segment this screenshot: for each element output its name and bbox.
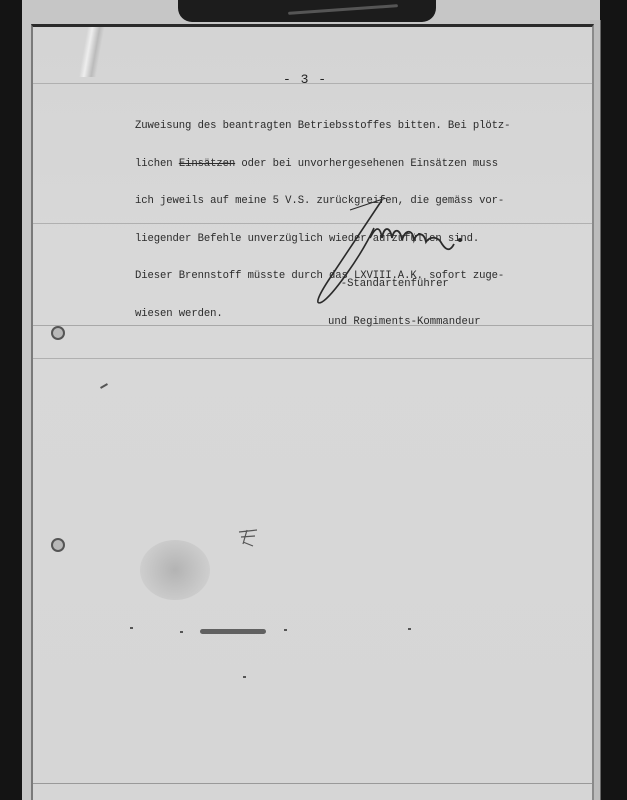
signature-block: -Standartenführer und Regiments-Kommande…: [328, 253, 481, 353]
rank-line: -Standartenführer: [328, 278, 481, 291]
page-number: - 3 -: [283, 72, 327, 87]
text-line: Zuweisung des beantragten Betriebsstoffe…: [135, 120, 555, 133]
speck: [243, 676, 246, 678]
speck: [408, 628, 411, 630]
punch-hole: [51, 326, 65, 340]
ink-smear: [200, 629, 266, 634]
torn-corner: [73, 27, 113, 77]
ink-mark: [237, 528, 261, 548]
speck: [130, 627, 133, 629]
struck-word: Einsätzen: [179, 158, 235, 170]
text-line: lichen Einsätzen oder bei unvorhergesehe…: [135, 158, 555, 171]
speck: [284, 629, 287, 631]
scanned-document: - 3 - Zuweisung des beantragten Betriebs…: [0, 0, 627, 800]
stain: [140, 540, 210, 600]
binder-clip: [178, 0, 436, 22]
punch-hole: [51, 538, 65, 552]
speck: [180, 631, 183, 633]
title-line: und Regiments-Kommandeur: [328, 316, 481, 329]
fold-line: [33, 358, 592, 359]
fold-line: [33, 783, 592, 784]
